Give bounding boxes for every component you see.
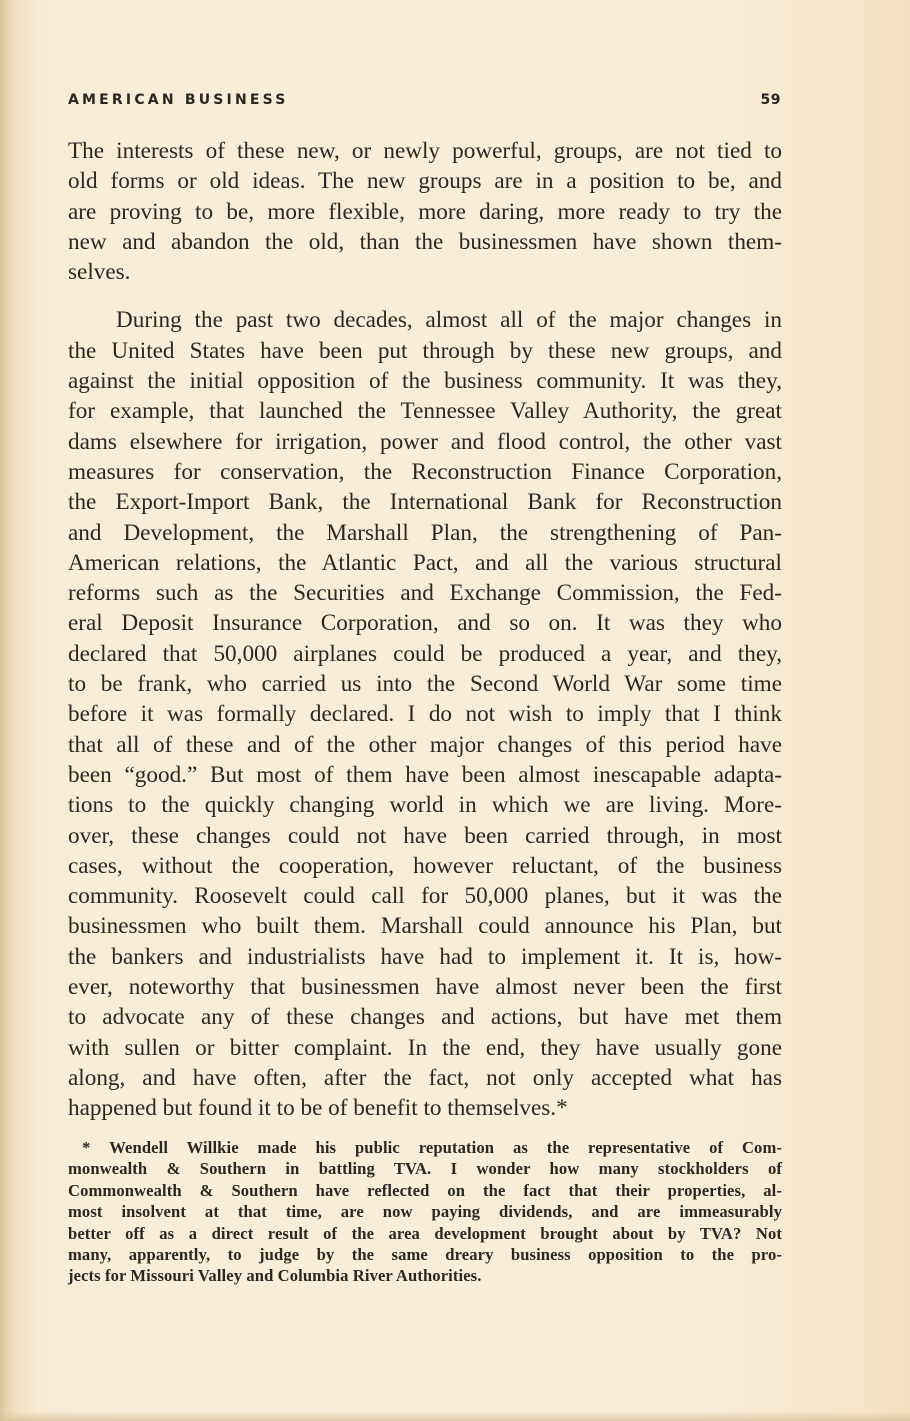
text-line: for example, that launched the Tennessee… [68,396,782,426]
text-line: The interests of these new, or newly pow… [68,136,782,166]
page-number: 59 [761,92,781,108]
text-line: community. Roosevelt could call for 50,0… [68,881,782,911]
footnote-text: Wendell Willkie made his public reputati… [109,1138,782,1157]
text-line: are proving to be, more flexible, more d… [68,197,782,227]
text-line: the bankers and industrialists have had … [68,942,782,972]
footnote: * Wendell Willkie made his public reputa… [68,1137,782,1287]
footnote-line: most insolvent at that time, are now pay… [68,1201,782,1222]
text-line: to advocate any of these changes and act… [68,1002,782,1032]
text-line: tions to the quickly changing world in w… [68,790,782,820]
paragraph-1: The interests of these new, or newly pow… [68,136,782,287]
text-line: businessmen who built them. Marshall cou… [68,911,782,941]
text-line: measures for conservation, the Reconstru… [68,457,782,487]
text-line: happened but found it to be of benefit t… [68,1093,782,1123]
text-line: American relations, the Atlantic Pact, a… [68,548,782,578]
running-title: AMERICAN BUSINESS [68,92,289,108]
text-line: been “good.” But most of them have been … [68,760,782,790]
text-line: During the past two decades, almost all … [68,305,782,335]
text-line: to be frank, who carried us into the Sec… [68,669,782,699]
text-line: reforms such as the Securities and Excha… [68,578,782,608]
text-line: against the initial opposition of the bu… [68,366,782,396]
text-line: ever, noteworthy that businessmen have a… [68,972,782,1002]
running-head: AMERICAN BUSINESS 59 [68,92,782,108]
text-line: before it was formally declared. I do no… [68,699,782,729]
text-line: along, and have often, after the fact, n… [68,1063,782,1093]
text-line: declared that 50,000 airplanes could be … [68,639,782,669]
footnote-line: * Wendell Willkie made his public reputa… [68,1137,782,1158]
footnote-marker: * [82,1138,90,1157]
text-line: and Development, the Marshall Plan, the … [68,518,782,548]
body-text: The interests of these new, or newly pow… [68,136,782,1124]
text-line: new and abandon the old, than the busine… [68,227,782,257]
text-line: old forms or old ideas. The new groups a… [68,166,782,196]
text-line: with sullen or bitter complaint. In the … [68,1033,782,1063]
book-page: AMERICAN BUSINESS 59 The interests of th… [0,0,910,1421]
text-line: that all of these and of the other major… [68,730,782,760]
text-line: eral Deposit Insurance Corporation, and … [68,608,782,638]
text-line: dams elsewhere for irrigation, power and… [68,427,782,457]
text-line: the Export-Import Bank, the Internationa… [68,487,782,517]
footnote-line: jects for Missouri Valley and Columbia R… [68,1265,782,1286]
text-line: the United States have been put through … [68,336,782,366]
text-line: cases, without the cooperation, however … [68,851,782,881]
footnote-line: better off as a direct result of the are… [68,1223,782,1244]
paragraph-2: During the past two decades, almost all … [68,305,782,1123]
text-line: over, these changes could not have been … [68,821,782,851]
text-line: selves. [68,257,782,287]
footnote-line: many, apparently, to judge by the same d… [68,1244,782,1265]
footnote-line: Commonwealth & Southern have reflected o… [68,1180,782,1201]
footnote-line: monwealth & Southern in battling TVA. I … [68,1158,782,1179]
